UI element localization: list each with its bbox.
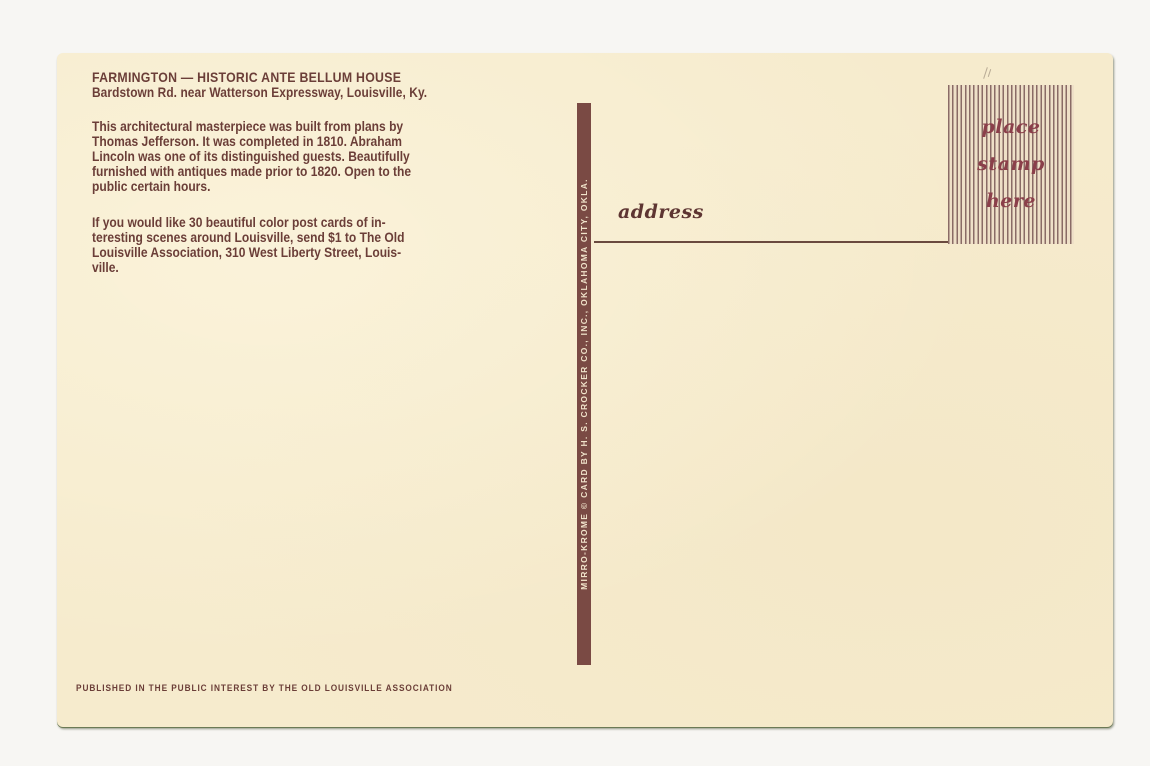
postcard-location: Bardstown Rd. near Watterson Expressway,… [92,85,427,100]
offer-line: ville. [92,260,539,275]
description-line: public certain hours. [92,179,539,194]
publisher-credit: PUBLISHED IN THE PUBLIC INTEREST BY THE … [76,683,453,693]
stamp-word: here [986,183,1036,220]
description-line: This architectural masterpiece was built… [92,119,539,134]
address-line [594,241,948,243]
pencil-mark [988,69,991,77]
description-line: Thomas Jefferson. It was completed in 18… [92,134,539,149]
stamp-word: place [982,109,1041,146]
postcard-back: FARMINGTON — HISTORIC ANTE BELLUM HOUSE … [57,53,1113,727]
stamp-box: place stamp here [948,85,1074,244]
description-paragraph: This architectural masterpiece was built… [92,119,539,194]
offer-line: Louisville Association, 310 West Liberty… [92,245,539,260]
description-line: Lincoln was one of its distinguished gue… [92,149,539,164]
postcard-title: FARMINGTON — HISTORIC ANTE BELLUM HOUSE [92,70,401,85]
divider-strip: MIRRO-KROME © CARD BY H. S. CROCKER CO.,… [577,103,591,665]
printer-credit: MIRRO-KROME © CARD BY H. S. CROCKER CO.,… [579,178,589,590]
address-label: address [618,201,704,223]
description-line: furnished with antiques made prior to 18… [92,164,539,179]
offer-line: teresting scenes around Louisville, send… [92,230,539,245]
pencil-mark [983,67,988,79]
offer-line: If you would like 30 beautiful color pos… [92,215,539,230]
stamp-word: stamp [977,146,1045,183]
offer-paragraph: If you would like 30 beautiful color pos… [92,215,539,275]
